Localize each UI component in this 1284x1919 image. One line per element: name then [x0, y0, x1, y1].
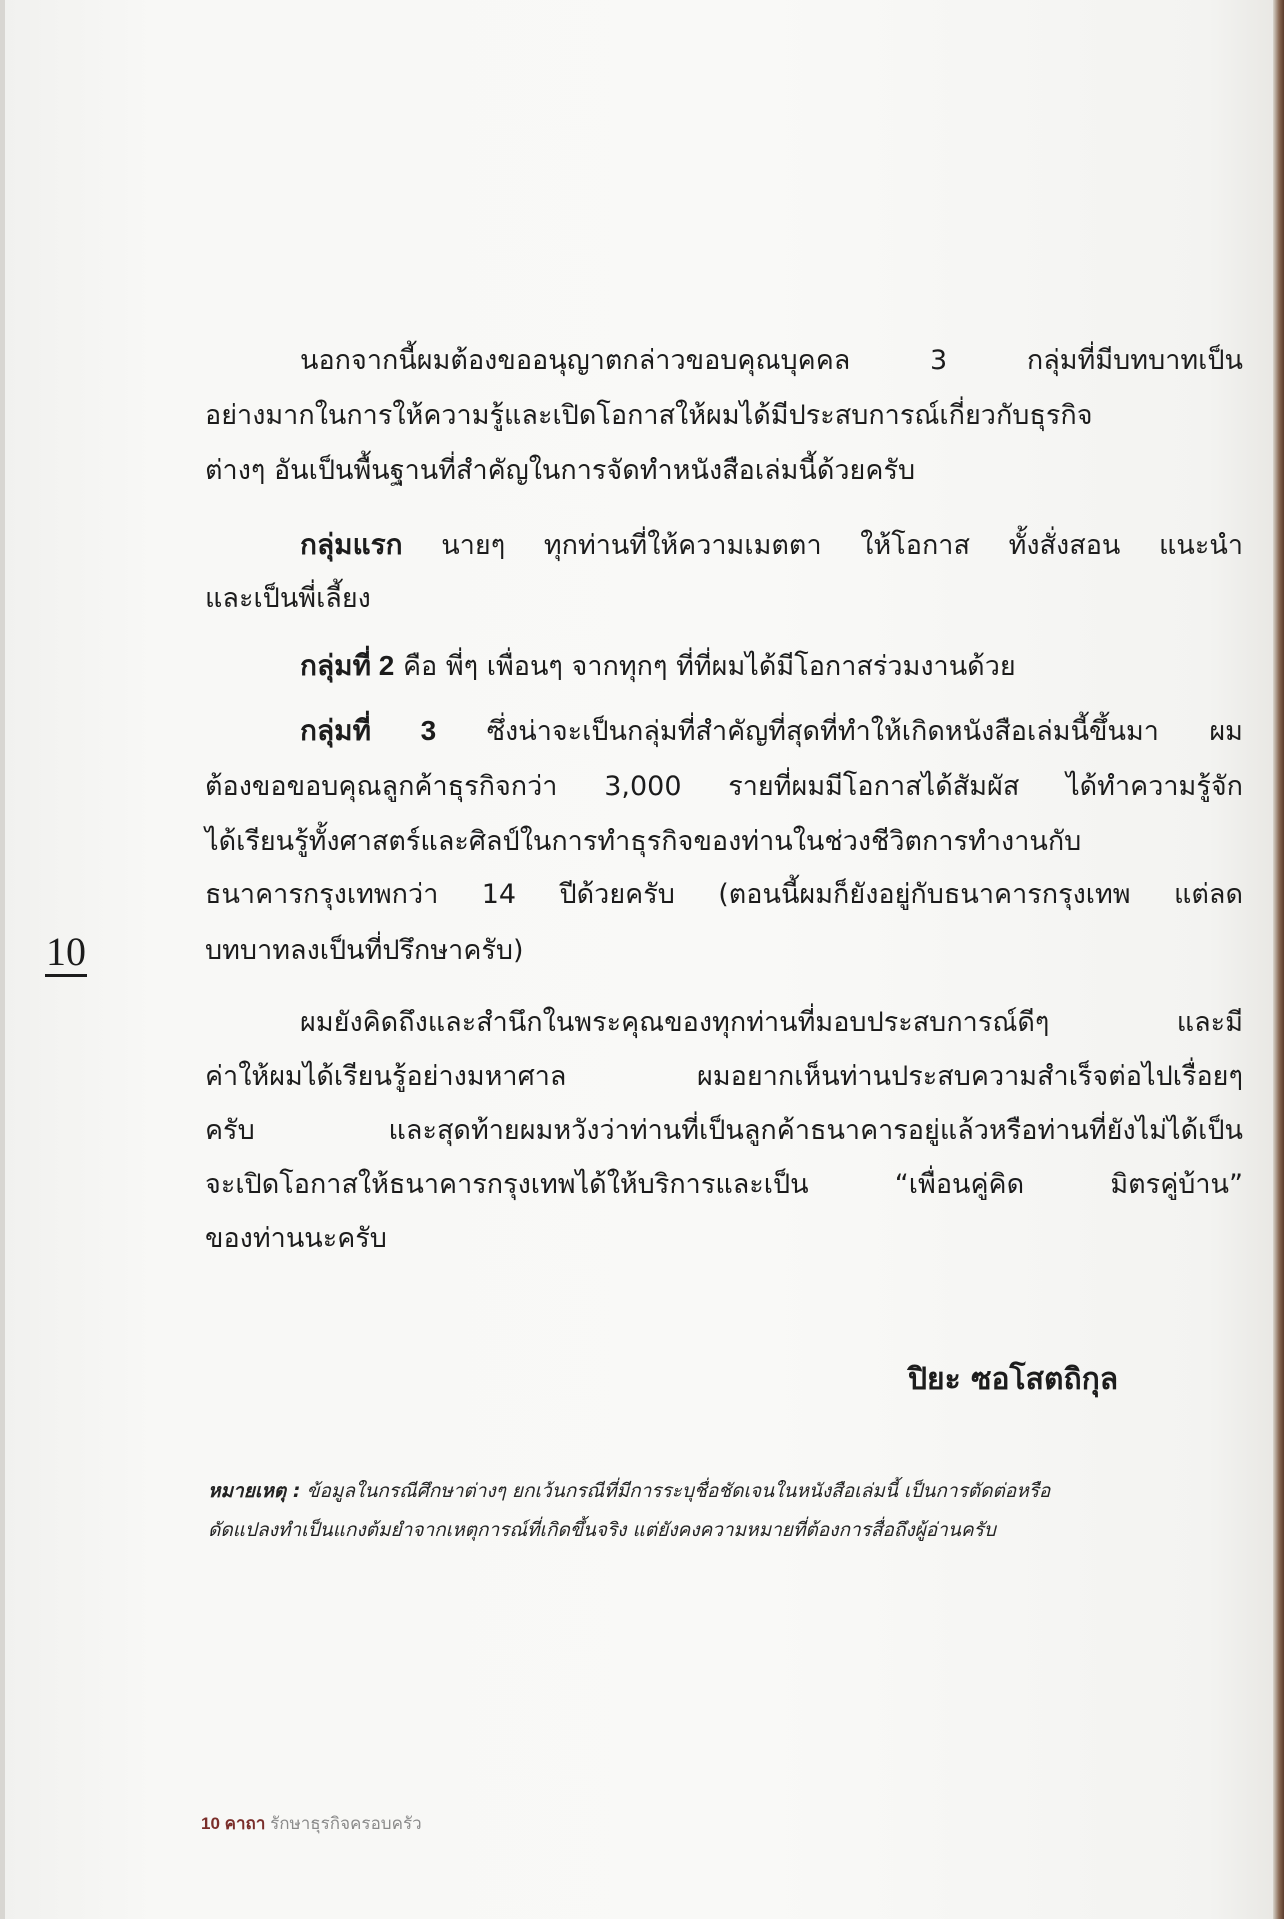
- text-line: ต้องขอขอบคุณลูกค้าธุรกิจกว่า 3,000 รายที…: [205, 769, 1243, 805]
- group-1-label: กลุ่มแรก: [300, 529, 403, 560]
- page-right-edge: [1273, 0, 1284, 1919]
- footer-book-brand: 10 คาถา: [201, 1814, 265, 1833]
- text-line: บทบาทลงเป็นที่ปรึกษาครับ): [205, 933, 524, 969]
- group-3-label: กลุ่มที่ 3: [300, 715, 436, 746]
- text-line: ธนาคารกรุงเทพกว่า 14 ปีด้วยครับ (ตอนนี้ผ…: [205, 877, 1243, 913]
- text-line: นอกจากนี้ผมต้องขออนุญาตกล่าวขอบคุณบุคคล …: [300, 343, 1243, 379]
- text-line: ค่าให้ผมได้เรียนรู้อย่างมหาศาล ผมอยากเห็…: [205, 1059, 1243, 1095]
- text-line: ได้เรียนรู้ทั้งศาสตร์และศิลป์ในการทำธุรก…: [205, 824, 1243, 860]
- footnote-line: หมายเหตุ : ข้อมูลในกรณีศึกษาต่างๆ ยกเว้น…: [208, 1477, 1050, 1505]
- text-line: ผมยังคิดถึงและสำนึกในพระคุณของทุกท่านที่…: [300, 1005, 1243, 1041]
- text-line: ครับ และสุดท้ายผมหวังว่าท่านที่เป็นลูกค้…: [205, 1113, 1243, 1149]
- running-footer: 10 คาถา รักษาธุรกิจครอบครัว: [201, 1812, 422, 1836]
- group-1-text: นายๆ ทุกท่านที่ให้ความเมตตา ให้โอกาส ทั้…: [441, 530, 1243, 561]
- text-line: ต่างๆ อันเป็นพื้นฐานที่สำคัญในการจัดทำหน…: [205, 453, 915, 489]
- group-3-text: ซึ่งน่าจะเป็นกลุ่มที่สำคัญที่สุดที่ทำให้…: [487, 716, 1243, 747]
- text-line: จะเปิดโอกาสให้ธนาคารกรุงเทพได้ให้บริการแ…: [205, 1167, 1243, 1203]
- group-2-label: กลุ่มที่ 2: [300, 650, 394, 681]
- footnote-text: ข้อมูลในกรณีศึกษาต่างๆ ยกเว้นกรณีที่มีกา…: [306, 1480, 1050, 1502]
- author-signature: ปิยะ ซอโสตถิกุล: [908, 1360, 1118, 1400]
- footnote-line: ดัดแปลงทำเป็นแกงต้มยำจากเหตุการณ์ที่เกิด…: [208, 1516, 996, 1544]
- footer-book-title: รักษาธุรกิจครอบครัว: [270, 1814, 422, 1833]
- text-line: และเป็นพี่เลี้ยง: [205, 581, 371, 617]
- group-2-line: กลุ่มที่ 2 คือ พี่ๆ เพื่อนๆ จากทุกๆ ที่ท…: [300, 648, 1016, 684]
- group-2-text: คือ พี่ๆ เพื่อนๆ จากทุกๆ ที่ที่ผมได้มีโอ…: [403, 651, 1016, 682]
- page-number: 10: [45, 930, 87, 977]
- group-1-line: กลุ่มแรก นายๆ ทุกท่านที่ให้ความเมตตา ให้…: [300, 527, 1243, 563]
- text-line: ของท่านนะครับ: [205, 1221, 387, 1257]
- text-line: อย่างมากในการให้ความรู้และเปิดโอกาสให้ผม…: [205, 398, 1243, 434]
- book-page: นอกจากนี้ผมต้องขออนุญาตกล่าวขอบคุณบุคคล …: [5, 0, 1273, 1919]
- footnote-label: หมายเหตุ :: [208, 1480, 300, 1502]
- group-3-line: กลุ่มที่ 3 ซึ่งน่าจะเป็นกลุ่มที่สำคัญที่…: [300, 713, 1243, 749]
